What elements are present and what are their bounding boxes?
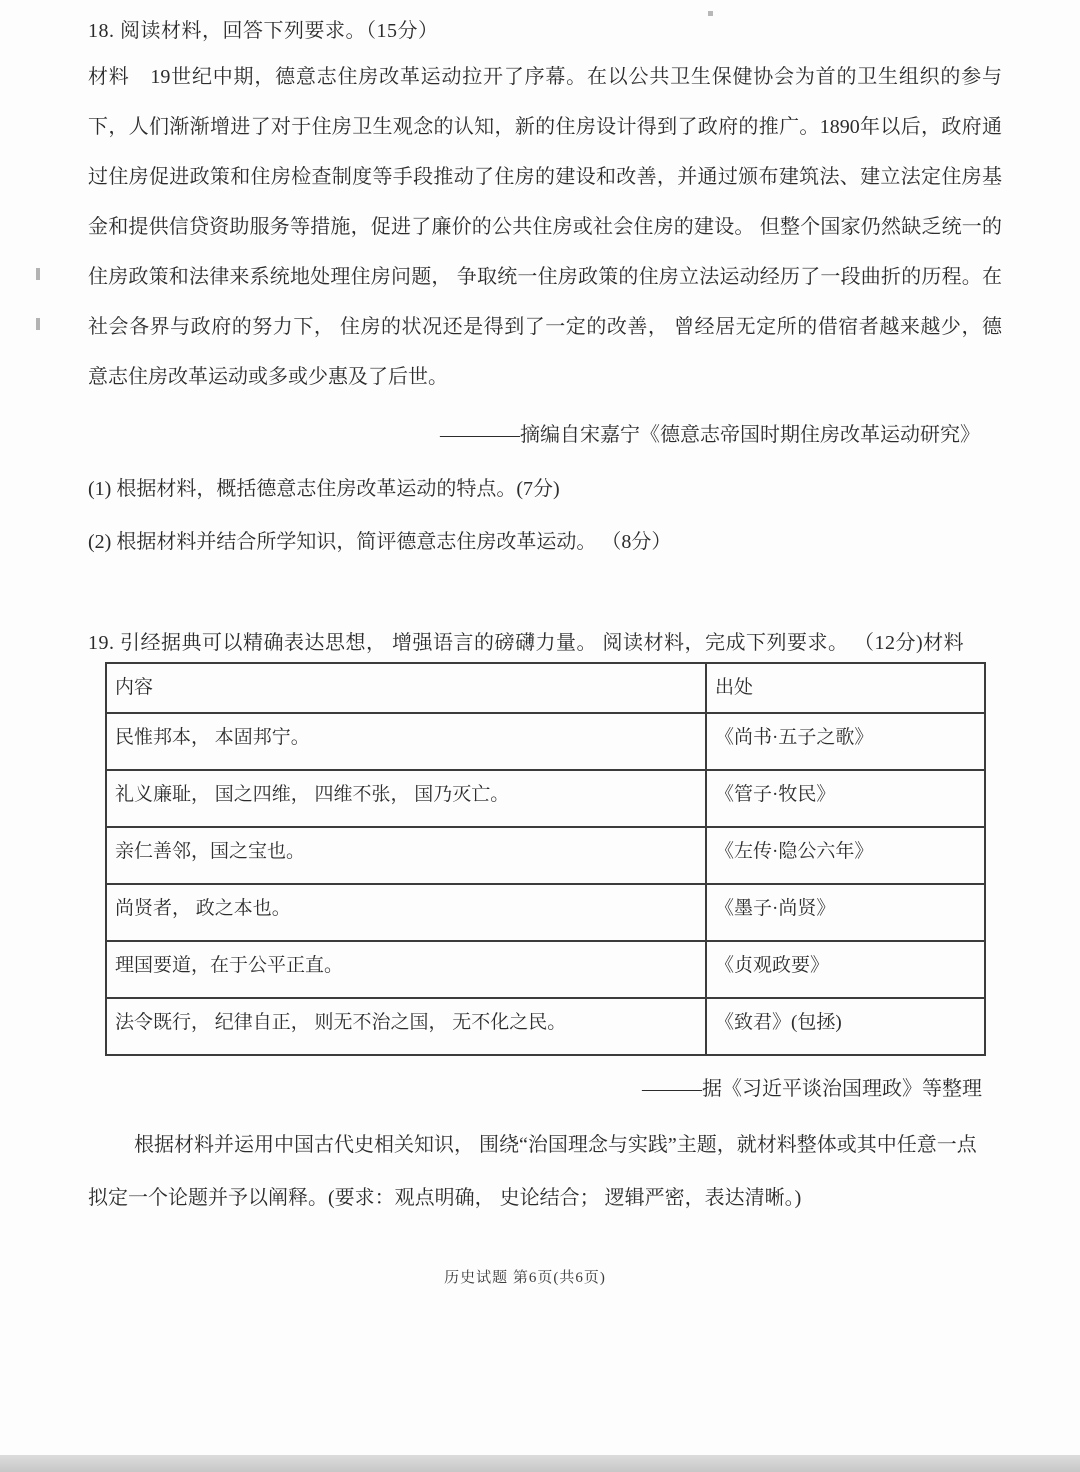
quote-cell: 理国要道，在于公平正直。 <box>106 941 706 998</box>
question-18-source-attribution: ————摘编自宋嘉宁《德意志帝国时期住房改革运动研究》 <box>440 418 980 447</box>
question-19-source-attribution: ———据《习近平谈治国理政》等整理 <box>642 1072 982 1101</box>
question-18-sub-question-2: (2) 根据材料并结合所学知识，简评德意志住房改革运动。 （8分） <box>88 525 671 554</box>
scan-edge-mark <box>36 268 40 280</box>
scan-edge-bar <box>0 1455 1080 1472</box>
quote-cell: 礼义廉耻， 国之四维， 四维不张， 国乃灭亡。 <box>106 770 706 827</box>
quote-cell: 亲仁善邻，国之宝也。 <box>106 827 706 884</box>
page-footer: 历史试题 第6页(共6页) <box>0 1266 1065 1287</box>
material-line: 下，人们渐渐增进了对于住房卫生观念的认知，新的住房设计得到了政府的推广。1890… <box>88 112 1002 142</box>
quote-cell: 法令既行， 纪律自正， 则无不治之国， 无不化之民。 <box>106 998 706 1055</box>
source-cell: 《尚书·五子之歌》 <box>706 713 985 770</box>
source-cell: 《致君》(包拯) <box>706 998 985 1055</box>
question-18-sub-question-1: (1) 根据材料，概括德意志住房改革运动的特点。(7分) <box>88 472 560 501</box>
question-19-task-line: 拟定一个论题并予以阐释。(要求：观点明确， 史论结合； 逻辑严密，表达清晰。) <box>88 1181 801 1210</box>
table-row: 民惟邦本， 本固邦宁。 《尚书·五子之歌》 <box>106 713 985 770</box>
column-header-content: 内容 <box>106 663 706 713</box>
column-header-source: 出处 <box>706 663 985 713</box>
source-cell: 《贞观政要》 <box>706 941 985 998</box>
material-line: 意志住房改革运动或多或少惠及了后世。 <box>88 362 1002 392</box>
quote-cell: 尚贤者， 政之本也。 <box>106 884 706 941</box>
question-19-task-line: 根据材料并运用中国古代史相关知识， 围绕“治国理念与实践”主题，就材料整体或其中… <box>90 1128 977 1157</box>
material-line: 住房政策和法律来系统地处理住房问题， 争取统一住房政策的住房立法运动经历了一段曲… <box>88 262 1002 292</box>
source-cell: 《墨子·尚贤》 <box>706 884 985 941</box>
source-cell: 《管子·牧民》 <box>706 770 985 827</box>
scan-speck <box>708 11 713 16</box>
material-line: 过住房促进政策和住房检查制度等手段推动了住房的建设和改善，并通过颁布建筑法、建立… <box>88 162 1002 192</box>
table-row: 礼义廉耻， 国之四维， 四维不张， 国乃灭亡。 《管子·牧民》 <box>106 770 985 827</box>
question-19-heading: 19. 引经据典可以精确表达思想， 增强语言的磅礴力量。 阅读材料，完成下列要求… <box>88 626 964 655</box>
table-row: 法令既行， 纪律自正， 则无不治之国， 无不化之民。 《致君》(包拯) <box>106 998 985 1055</box>
table-header-row: 内容 出处 <box>106 663 985 713</box>
quotes-table: 内容 出处 民惟邦本， 本固邦宁。 《尚书·五子之歌》 礼义廉耻， 国之四维， … <box>105 662 986 1056</box>
source-cell: 《左传·隐公六年》 <box>706 827 985 884</box>
exam-page: 18. 阅读材料，回答下列要求。（15分） 材料 19世纪中期，德意志住房改革运… <box>0 0 1080 1472</box>
question-18-heading: 18. 阅读材料，回答下列要求。（15分） <box>88 14 439 43</box>
table-row: 理国要道，在于公平正直。 《贞观政要》 <box>106 941 985 998</box>
material-line: 社会各界与政府的努力下， 住房的状况还是得到了一定的改善， 曾经居无定所的借宿者… <box>88 312 1002 342</box>
table-row: 亲仁善邻，国之宝也。 《左传·隐公六年》 <box>106 827 985 884</box>
quote-cell: 民惟邦本， 本固邦宁。 <box>106 713 706 770</box>
scan-edge-mark <box>36 318 40 330</box>
material-line: 材料 19世纪中期，德意志住房改革运动拉开了序幕。在以公共卫生保健协会为首的卫生… <box>88 62 1002 92</box>
material-line: 金和提供信贷资助服务等措施，促进了廉价的公共住房或社会住房的建设。 但整个国家仍… <box>88 212 1002 242</box>
table-row: 尚贤者， 政之本也。 《墨子·尚贤》 <box>106 884 985 941</box>
